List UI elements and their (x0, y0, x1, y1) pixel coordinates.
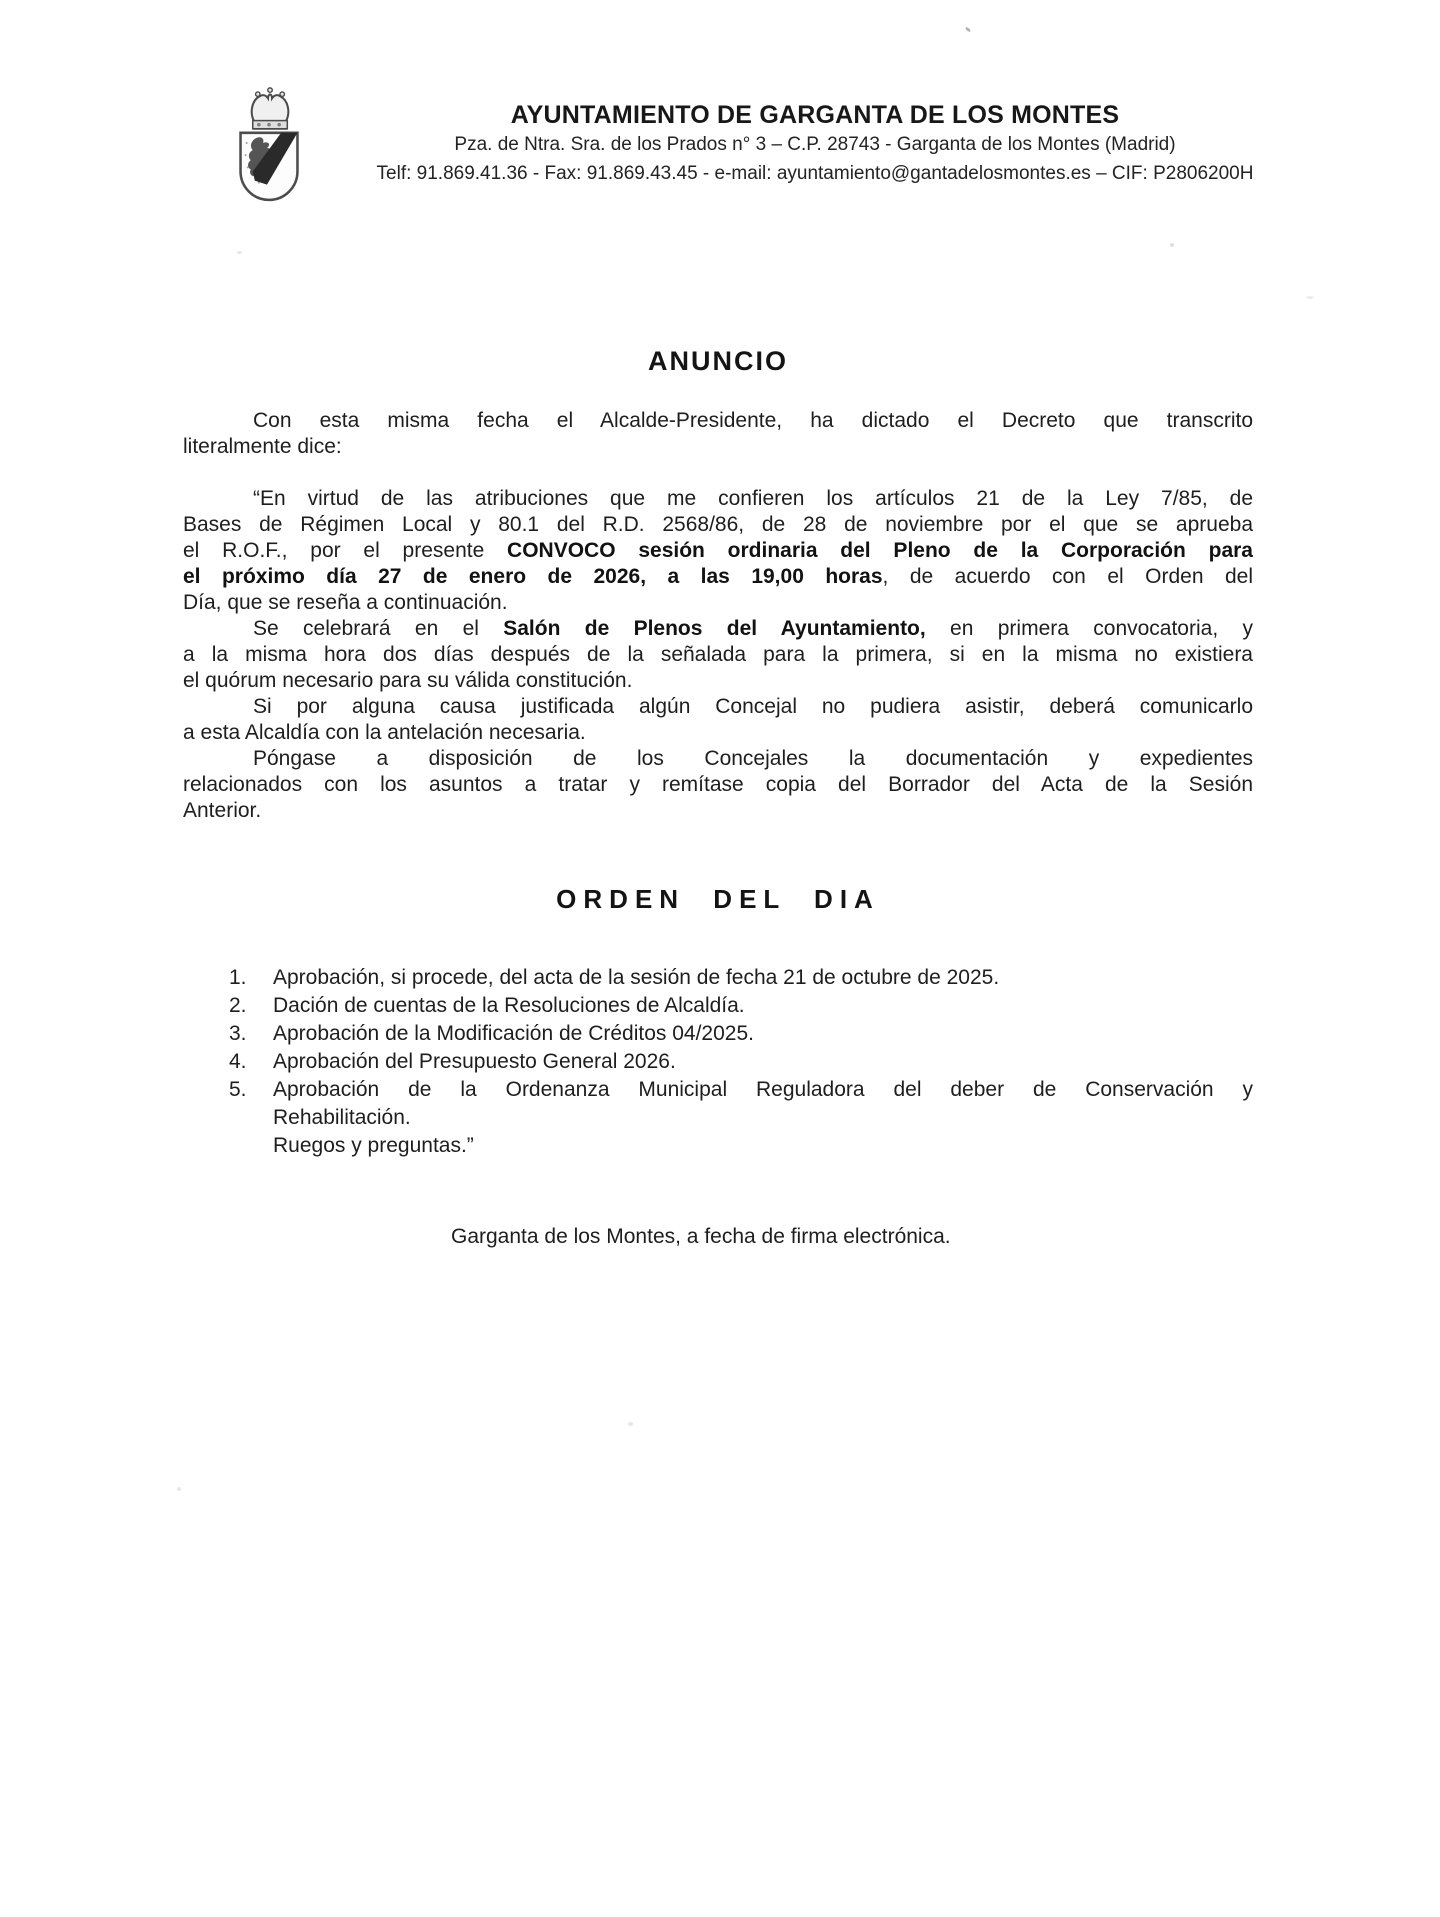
header-text-block: AYUNTAMIENTO DE GARGANTA DE LOS MONTES P… (355, 100, 1275, 188)
text-line: Aprobación, si procede, del acta de la s… (273, 964, 1253, 992)
agenda-item-number: 4. (229, 1048, 273, 1076)
bold-text-segment: Salón de Plenos del Ayuntamiento, (503, 617, 925, 640)
text-line: a la misma hora dos días después de la s… (183, 642, 1253, 668)
text-line: Anterior. (183, 798, 1253, 824)
agenda-item-2: 2. Dación de cuentas de la Resoluciones … (229, 992, 1253, 1020)
paragraph-session-place: Se celebrará en el Salón de Plenos del A… (183, 616, 1253, 694)
closing-quote-line: Ruegos y preguntas.” (273, 1132, 1253, 1160)
text-line: Dación de cuentas de la Resoluciones de … (273, 992, 1253, 1020)
agenda-list: 1. Aprobación, si procede, del acta de l… (183, 964, 1253, 1132)
scan-speck (237, 251, 242, 254)
text-line: Bases de Régimen Local y 80.1 del R.D. 2… (183, 512, 1253, 538)
paragraph-intro: Con esta misma fecha el Alcalde-Presiden… (183, 408, 1253, 460)
text-line: Día, que se reseña a continuación. (183, 590, 1253, 616)
text-line: el quórum necesario para su válida const… (183, 668, 1253, 694)
agenda-item-4: 4. Aprobación del Presupuesto General 20… (229, 1048, 1253, 1076)
municipality-address: Pza. de Ntra. Sra. de los Prados n° 3 – … (355, 130, 1275, 159)
scan-speck (965, 26, 972, 32)
text-segment: , de acuerdo con el Orden del (883, 565, 1253, 588)
paragraph-documentation: Póngase a disposición de los Concejales … (183, 746, 1253, 824)
text-line: Aprobación de la Modificación de Crédito… (273, 1020, 1253, 1048)
text-line: Aprobación de la Ordenanza Municipal Reg… (273, 1076, 1253, 1104)
paragraph-absence-notice: Si por alguna causa justificada algún Co… (183, 694, 1253, 746)
agenda-item-1: 1. Aprobación, si procede, del acta de l… (229, 964, 1253, 992)
signature-line: Garganta de los Montes, a fecha de firma… (451, 1224, 1253, 1250)
text-segment: en primera convocatoria, y (926, 617, 1253, 640)
agenda-item-5: 5. Aprobación de la Ordenanza Municipal … (229, 1076, 1253, 1132)
agenda-item-number: 2. (229, 992, 273, 1020)
paragraph-convocation: “En virtud de las atribuciones que me co… (183, 486, 1253, 616)
scan-speck (177, 1487, 181, 1491)
agenda-item-number: 5. (229, 1076, 273, 1132)
text-line: relacionados con los asuntos a tratar y … (183, 772, 1253, 798)
agenda-item-number: 3. (229, 1020, 273, 1048)
agenda-item-3: 3. Aprobación de la Modificación de Créd… (229, 1020, 1253, 1048)
text-line: a esta Alcaldía con la antelación necesa… (183, 720, 1253, 746)
municipality-name: AYUNTAMIENTO DE GARGANTA DE LOS MONTES (355, 100, 1275, 130)
scan-speck (1170, 243, 1174, 247)
text-line: el R.O.F., por el presente CONVOCO sesió… (183, 538, 1253, 564)
agenda-heading: ORDEN DEL DIA (183, 884, 1253, 914)
text-line: Rehabilitación. (273, 1104, 1253, 1132)
agenda-item-text: Aprobación del Presupuesto General 2026. (273, 1048, 1253, 1076)
text-segment: el R.O.F., por el presente (183, 539, 507, 562)
municipality-contact: Telf: 91.869.41.36 - Fax: 91.869.43.45 -… (355, 159, 1275, 188)
text-line: el próximo día 27 de enero de 2026, a la… (183, 564, 1253, 590)
text-line: literalmente dice: (183, 434, 1253, 460)
text-line: Aprobación del Presupuesto General 2026. (273, 1048, 1253, 1076)
text-line: “En virtud de las atribuciones que me co… (183, 486, 1253, 512)
announcement-body: ANUNCIO Con esta misma fecha el Alcalde-… (183, 346, 1253, 1250)
agenda-item-text: Dación de cuentas de la Resoluciones de … (273, 992, 1253, 1020)
bold-text-segment: el próximo día 27 de enero de 2026, a la… (183, 565, 883, 588)
text-segment: Se celebrará en el (253, 617, 503, 640)
agenda-item-number: 1. (229, 964, 273, 992)
scan-speck (628, 1422, 633, 1426)
text-line: Póngase a disposición de los Concejales … (183, 746, 1253, 772)
text-line: Si por alguna causa justificada algún Co… (183, 694, 1253, 720)
agenda-item-text: Aprobación de la Modificación de Crédito… (273, 1020, 1253, 1048)
announcement-title: ANUNCIO (183, 346, 1253, 376)
municipal-coat-of-arms-icon (228, 84, 310, 206)
agenda-item-text: Aprobación de la Ordenanza Municipal Reg… (273, 1076, 1253, 1132)
agenda-item-text: Aprobación, si procede, del acta de la s… (273, 964, 1253, 992)
bold-text-segment: CONVOCO sesión ordinaria del Pleno de la… (507, 539, 1253, 562)
scanned-announcement-page: AYUNTAMIENTO DE GARGANTA DE LOS MONTES P… (0, 0, 1440, 1917)
text-line: Con esta misma fecha el Alcalde-Presiden… (183, 408, 1253, 434)
text-line: Se celebrará en el Salón de Plenos del A… (183, 616, 1253, 642)
scan-speck (1306, 296, 1314, 299)
